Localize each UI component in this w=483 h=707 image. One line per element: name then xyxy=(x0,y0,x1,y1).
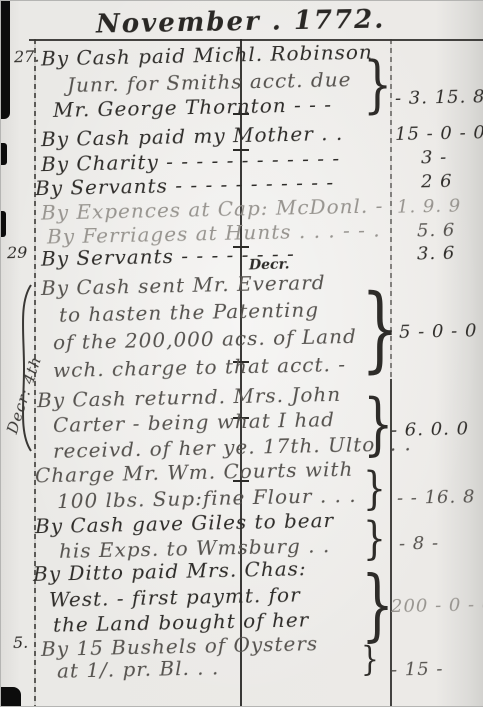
entry-line: receivd. of her ye. 17th. Ulto. . . xyxy=(53,433,412,461)
entry-day: 5. xyxy=(13,635,29,651)
closing-brace-icon: } xyxy=(361,283,399,376)
entry-amount: - - 16. 8 xyxy=(397,488,476,508)
top-horizontal-rule xyxy=(29,39,483,41)
entry-line: wch. charge to that acct. - xyxy=(53,354,346,380)
entry-line: Charge Mr. Wm. Courts with xyxy=(35,459,354,486)
closing-brace-icon: } xyxy=(361,567,394,645)
binding-mark-top xyxy=(1,1,10,119)
entry-line: By Cash sent Mr. Everard xyxy=(41,272,326,298)
entry-line: By Servants - - - - - - - - - - - xyxy=(35,172,334,198)
entry-day: 27. xyxy=(14,49,40,66)
entry-amount: 5. 6 xyxy=(417,222,456,241)
binding-mark-bottom xyxy=(1,687,21,706)
closing-brace-icon: } xyxy=(363,53,392,115)
entry-line: Carter - being what I had xyxy=(53,409,335,435)
entry-amount: - 3. 15. 8. xyxy=(395,88,483,108)
entry-amount: - 8 - xyxy=(399,535,439,554)
entry-line: Mr. George Thornton - - - xyxy=(53,94,332,120)
entry-amount: 200 - 0 - 0 xyxy=(391,596,483,616)
entry-amount: - 15 - xyxy=(391,660,444,679)
entry-line: to hasten the Patenting xyxy=(59,299,319,324)
entry-line: West. - first paymt. for xyxy=(49,584,301,609)
page-title: November . 1772. xyxy=(96,6,386,37)
entry-line: of the 200,000 acs. of Land xyxy=(53,326,357,352)
entry-amount: 2 6 xyxy=(421,173,453,192)
entry-line: Junr. for Smiths acct. due xyxy=(67,69,352,95)
closing-brace-icon: } xyxy=(361,643,379,677)
entry-line: By Ditto paid Mrs. Chas: xyxy=(33,558,307,584)
ledger-page: November . 1772. Decr: 4th 27. By Cash p… xyxy=(0,0,483,707)
entry-amount: 1. 9. 9 xyxy=(397,197,462,216)
entry-amount: 3 - xyxy=(421,149,448,168)
entry-line: By Cash paid my Mother . . xyxy=(41,123,344,149)
entry-line: 100 lbs. Sup:fine Flour . . . xyxy=(57,485,357,511)
closing-brace-icon: } xyxy=(363,391,394,458)
entry-line: By Cash paid Michl. Robinson xyxy=(41,42,373,69)
entry-amount: 5 - 0 - 0 xyxy=(399,322,478,342)
entry-line: at 1/. pr. Bl. . . xyxy=(57,657,220,680)
closing-brace-icon: } xyxy=(363,517,386,562)
entry-line: By Cash returnd. Mrs. John xyxy=(37,384,342,410)
entry-line: By 15 Bushels of Oysters xyxy=(41,633,319,659)
binding-mark-upper xyxy=(1,143,7,165)
binding-mark-mid xyxy=(1,211,6,237)
entry-amount: 3. 6 xyxy=(417,245,456,264)
entry-amount: - 6. 0. 0 xyxy=(391,420,469,440)
entry-line: By Cash gave Giles to bear xyxy=(35,510,334,536)
entry-day: 29 xyxy=(7,245,28,261)
entry-line: the Land bought of her xyxy=(53,609,310,634)
margin-brace xyxy=(15,283,37,453)
closing-brace-icon: } xyxy=(363,467,386,512)
entry-amount: 15 - 0 - 0 xyxy=(395,124,483,144)
